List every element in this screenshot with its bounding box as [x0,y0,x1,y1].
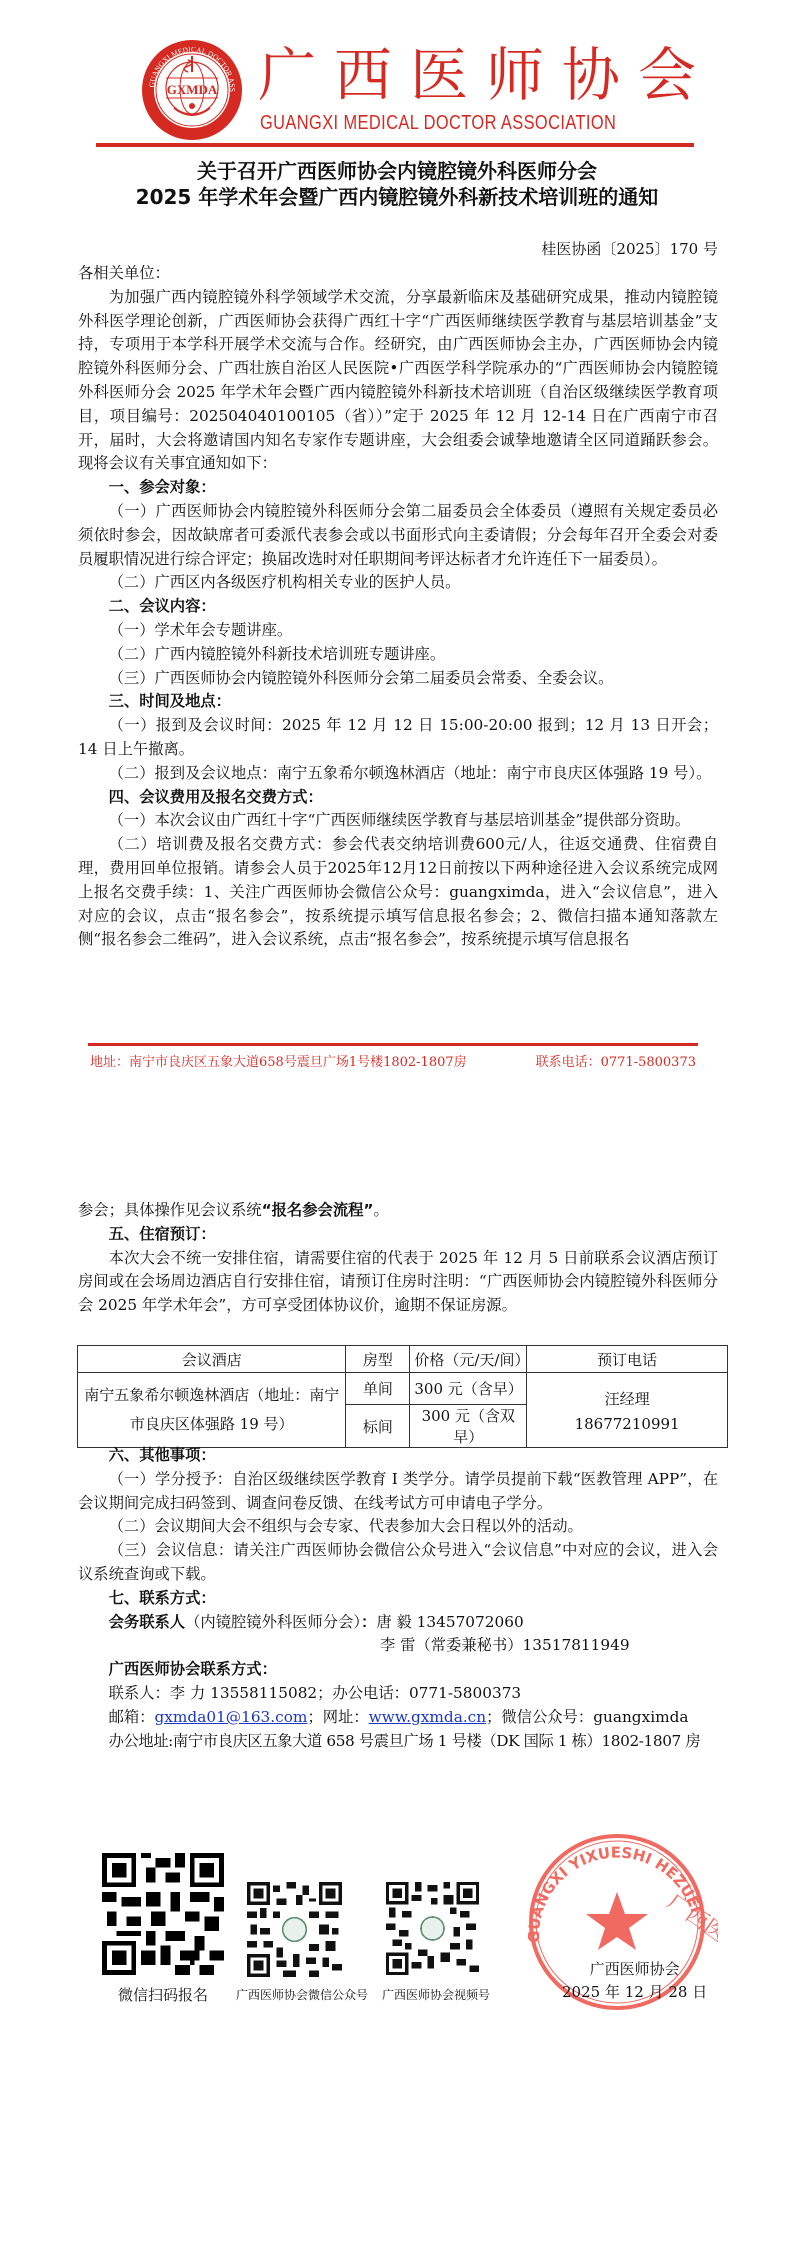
page2-body-lower: 六、其他事项： （一）学分授予：自治区级继续医学教育 I 类学分。请学员提前下载… [78,1444,718,1753]
section-5-heading: 五、住宿预订： [78,1223,718,1247]
hotel-name-cell: 南宁五象希尔顿逸林酒店（地址：南宁市良庆区体强路 19 号） [78,1373,346,1448]
registration-flow-emphasis: “报名参会流程” [262,1201,374,1219]
salutation: 各相关单位： [78,262,718,286]
qr-code-icon [247,1882,342,1977]
website-link[interactable]: www.gxmda.cn [369,1708,486,1726]
qr-label-registration: 微信扫码报名 [102,1984,224,2005]
booking-contact-phone: 18677210991 [531,1415,723,1433]
table-header-cell: 会议酒店 [78,1346,346,1373]
section-4-heading: 四、会议费用及报名交费方式： [78,786,718,810]
logo-emblem-icon: GXMDA GUANGXI MEDICAL DOCTOR ASSOCIATION [140,38,244,142]
section-2-heading: 二、会议内容： [78,595,718,619]
association-online-contacts: 邮箱：gxmda01@163.com；网址：www.gxmda.cn；微信公众号… [78,1706,718,1730]
section-4-item: （二）培训费及报名交费方式：参会代表交纳培训费600元/人，往返交通费、住宿费自… [78,833,718,952]
svg-text:GXMDA: GXMDA [167,82,218,97]
document-number: 桂医协函〔2025〕170 号 [541,238,718,259]
qr-code-icon [102,1853,224,1975]
table-header-cell: 预订电话 [527,1346,728,1373]
association-contact-heading: 广西医师协会联系方式： [78,1658,718,1682]
page-footer-address: 地址：南宁市良庆区五象大道658号震旦广场1号楼1802-1807房 [90,1051,467,1070]
qr-code-registration[interactable] [102,1853,224,1975]
notice-title-line2: 2025 年学术年会暨广西内镜腔镜外科新技术培训班的通知 [0,184,794,210]
hotel-table: 会议酒店 房型 价格（元/天/间） 预订电话 南宁五象希尔顿逸林酒店（地址：南宁… [77,1345,728,1448]
section-3-heading: 三、时间及地点： [78,690,718,714]
section-6-heading: 六、其他事项： [78,1444,718,1468]
room-type-cell: 单间 [346,1373,410,1405]
section-6-item: （三）会议信息：请关注广西医师协会微信公众号进入“会议信息”中对应的会议，进入会… [78,1539,718,1587]
section-1-item: （一）广西医师协会内镜腔镜外科医师分会第二届委员会全体委员（遵照有关规定委员必须… [78,500,718,571]
branch-contact-2: 李 雷（常委兼秘书）13517811949 [78,1634,718,1658]
signature-org: 广西医师协会 [562,1958,707,1981]
qr-code-wechat-official[interactable] [247,1882,342,1977]
signature-block: 广西医师协会 2025 年 12 月 28 日 [562,1958,707,2004]
table-row: 南宁五象希尔顿逸林酒店（地址：南宁市良庆区体强路 19 号） 单间 300 元（… [78,1373,728,1405]
table-header-row: 会议酒店 房型 价格（元/天/间） 预订电话 [78,1346,728,1373]
section-4-continuation: 参会；具体操作见会议系统“报名参会流程”。 [78,1199,718,1223]
association-contact-person: 联系人：李 力 13558115082；办公电话：0771-5800373 [78,1682,718,1706]
page-footer-phone: 联系电话：0771-5800373 [536,1051,696,1070]
section-6-item: （二）会议期间大会不组织与会专家、代表参加大会日程以外的活动。 [78,1515,718,1539]
email-link[interactable]: gxmda01@163.com [155,1708,308,1726]
section-3-item: （一）报到及会议时间：2025 年 12 月 12 日 15:00-20:00 … [78,714,718,762]
qr-label-video-channel: 广西医师协会视频号 [382,1986,486,2003]
section-6-item: （一）学分授予：自治区级继续医学教育 I 类学分。请学员提前下载“医教管理 AP… [78,1468,718,1516]
page2-body: 参会；具体操作见会议系统“报名参会流程”。 五、住宿预订： 本次大会不统一安排住… [78,1199,718,1318]
org-name-en: GUANGXI MEDICAL DOCTOR ASSOCIATION [260,112,616,135]
org-name-cn: 广西医师协会 [258,40,714,110]
page-footer-divider [88,1043,698,1046]
table-header-cell: 房型 [346,1346,410,1373]
section-7-heading: 七、联系方式： [78,1587,718,1611]
qr-code-video-channel[interactable] [386,1882,479,1975]
room-price-cell: 300 元（含早） [410,1373,527,1405]
section-2-item: （二）广西内镜腔镜外科新技术培训班专题讲座。 [78,643,718,667]
room-type-cell: 标间 [346,1405,410,1448]
signature-date: 2025 年 12 月 28 日 [562,1981,707,2004]
qr-label-wechat-official: 广西医师协会微信公众号 [236,1986,354,2003]
booking-contact-name: 汪经理 [531,1388,723,1409]
section-2-item: （一）学术年会专题讲座。 [78,619,718,643]
header-divider [96,143,694,147]
intro-paragraph: 为加强广西内镜腔镜外科学领域学术交流，分享最新临床及基础研究成果，推动内镜腔镜外… [78,286,718,476]
section-1-item: （二）广西区内各级医疗机构相关专业的医护人员。 [78,571,718,595]
page1-body: 各相关单位： 为加强广西内镜腔镜外科学领域学术交流，分享最新临床及基础研究成果，… [78,262,718,952]
section-2-item: （三）广西医师协会内镜腔镜外科医师分会第二届委员会常委、全委会议。 [78,667,718,691]
room-price-cell: 300 元（含双早） [410,1405,527,1448]
notice-title-line1: 关于召开广西医师协会内镜腔镜外科医师分会 [0,158,794,184]
branch-contact-1: 唐 毅 13457072060 [376,1613,523,1631]
booking-contact-cell: 汪经理 18677210991 [527,1373,728,1448]
section-1-heading: 一、参会对象： [78,476,718,500]
section-4-item: （一）本次会议由广西红十字“广西医师继续医学教育与基层培训基金”提供部分资助。 [78,809,718,833]
qr-code-icon [386,1882,479,1975]
section-5-paragraph: 本次大会不统一安排住宿，请需要住宿的代表于 2025 年 12 月 5 日前联系… [78,1247,718,1318]
branch-contact-line: 会务联系人（内镜腔镜外科医师分会）：唐 毅 13457072060 [78,1611,718,1635]
gxmda-logo: GXMDA GUANGXI MEDICAL DOCTOR ASSOCIATION [140,38,244,142]
table-header-cell: 价格（元/天/间） [410,1346,527,1373]
office-address: 办公地址:南宁市良庆区五象大道 658 号震旦广场 1 号楼（DK 国际 1 栋… [78,1730,718,1754]
section-3-item: （二）报到及会议地点：南宁五象希尔顿逸林酒店（地址：南宁市良庆区体强路 19 号… [78,762,718,786]
